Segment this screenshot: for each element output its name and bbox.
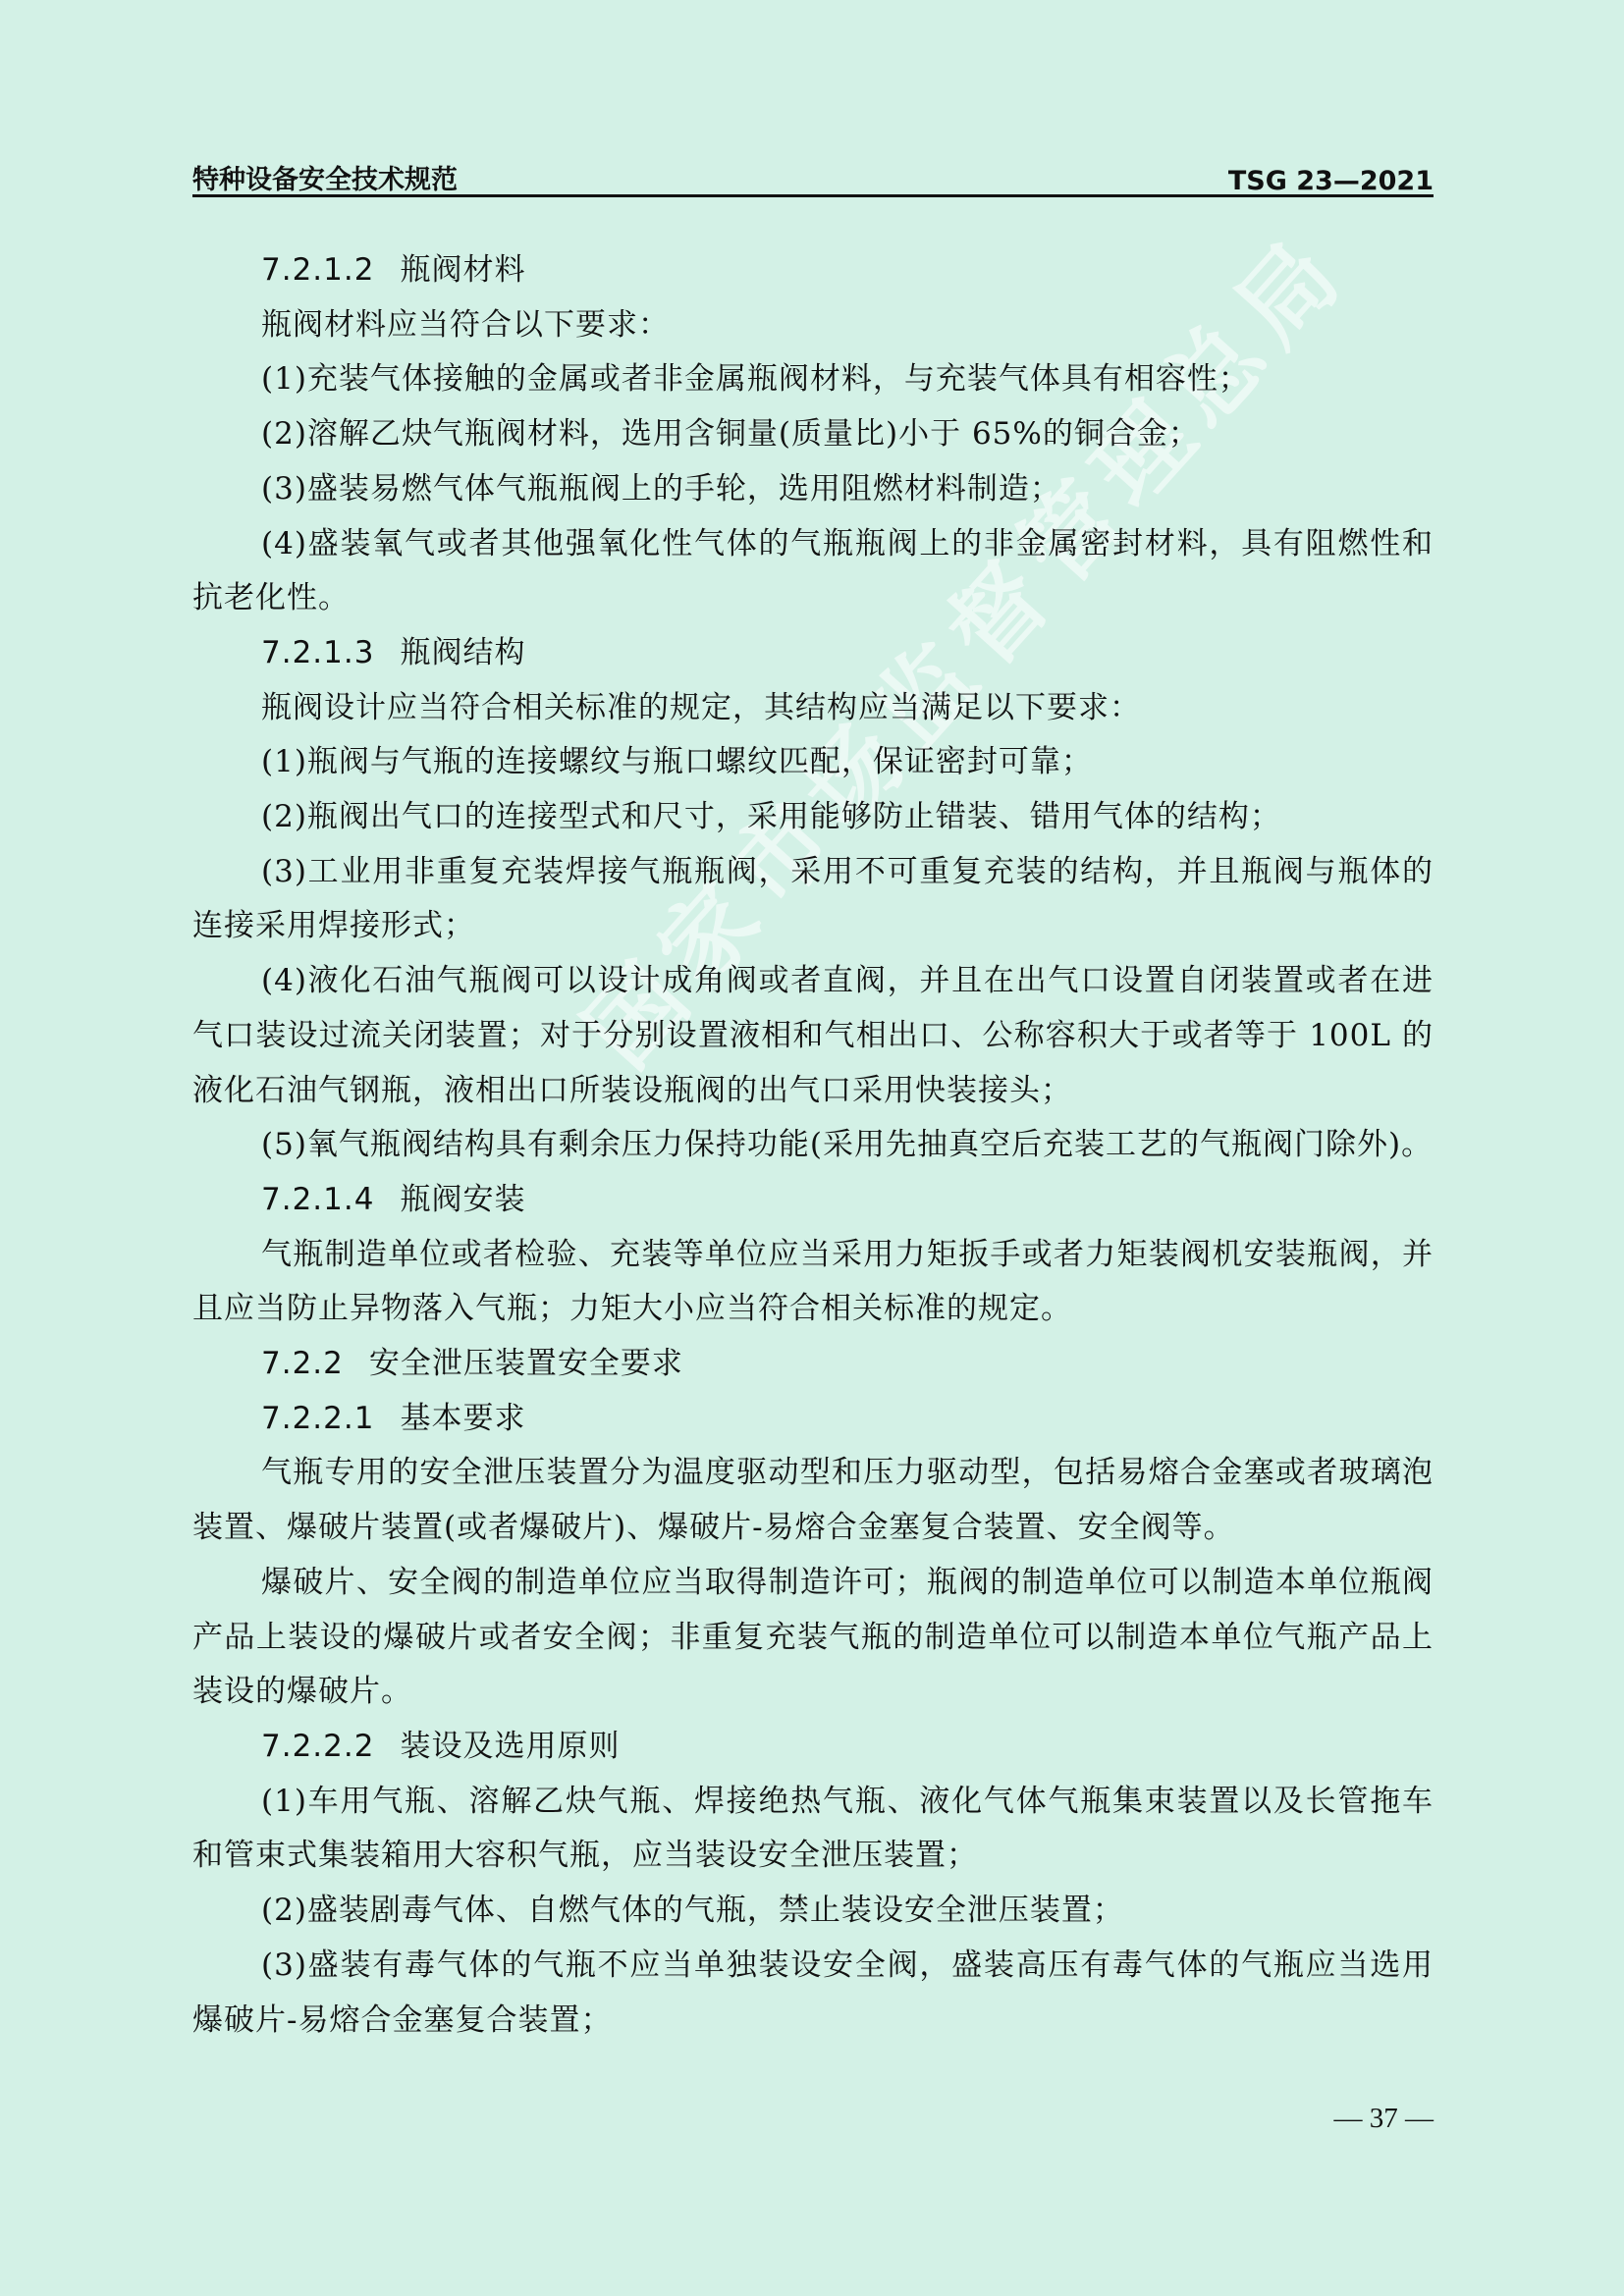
section-title: 瓶阀结构 [400,635,525,670]
paragraph: (5)氧气瓶阀结构具有剩余压力保持功能(采用先抽真空后充装工艺的气瓶阀门除外)。 [192,1118,1434,1173]
header-standard-code: TSG 23—2021 [1228,166,1434,196]
paragraph: 瓶阀材料应当符合以下要求： [192,298,1434,353]
document-body: 7.2.1.2瓶阀材料瓶阀材料应当符合以下要求：(1)充装气体接触的金属或者非金… [192,243,1434,2048]
paragraph: (3)盛装易燃气体气瓶瓶阀上的手轮，选用阻燃材料制造； [192,462,1434,517]
paragraph: (1)充装气体接触的金属或者非金属瓶阀材料，与充装气体具有相容性； [192,352,1434,407]
paragraph: 气瓶制造单位或者检验、充装等单位应当采用力矩扳手或者力矩装阀机安装瓶阀，并且应当… [192,1228,1434,1337]
paragraph: 瓶阀设计应当符合相关标准的规定，其结构应当满足以下要求： [192,681,1434,736]
section-title: 瓶阀安装 [400,1182,525,1217]
header-rule [192,194,1434,197]
page-number: — 37 — [1334,2103,1435,2135]
paragraph: (1)瓶阀与气瓶的连接螺纹与瓶口螺纹匹配，保证密封可靠； [192,735,1434,790]
section-number: 7.2.1.2 [261,252,374,288]
section-heading: 7.2.2.1基本要求 [192,1392,1434,1447]
paragraph: (3)盛装有毒气体的气瓶不应当单独装设安全阀，盛装高压有毒气体的气瓶应当选用爆破… [192,1939,1434,2048]
section-number: 7.2.2 [261,1346,344,1381]
paragraph: (4)液化石油气瓶阀可以设计成角阀或者直阀，并且在出气口设置自闭装置或者在进气口… [192,954,1434,1118]
section-title: 瓶阀材料 [400,252,525,288]
header-title: 特种设备安全技术规范 [192,158,458,196]
page-header: 特种设备安全技术规范 TSG 23—2021 [192,157,1434,196]
section-title: 装设及选用原则 [400,1729,620,1764]
paragraph: (2)溶解乙炔气瓶阀材料，选用含铜量(质量比)小于 65%的铜合金； [192,407,1434,462]
paragraph: 爆破片、安全阀的制造单位应当取得制造许可；瓶阀的制造单位可以制造本单位瓶阀产品上… [192,1556,1434,1720]
section-heading: 7.2.2.2装设及选用原则 [192,1720,1434,1775]
section-heading: 7.2.1.4瓶阀安装 [192,1173,1434,1228]
section-heading: 7.2.1.2瓶阀材料 [192,243,1434,298]
paragraph: (4)盛装氧气或者其他强氧化性气体的气瓶瓶阀上的非金属密封材料，具有阻燃性和抗老… [192,517,1434,626]
section-heading: 7.2.1.3瓶阀结构 [192,626,1434,681]
section-number: 7.2.2.2 [261,1729,374,1764]
section-title: 安全泄压装置安全要求 [369,1346,683,1381]
section-title: 基本要求 [400,1401,525,1436]
paragraph: (2)瓶阀出气口的连接型式和尺寸，采用能够防止错装、错用气体的结构； [192,790,1434,845]
paragraph: (1)车用气瓶、溶解乙炔气瓶、焊接绝热气瓶、液化气体气瓶集束装置以及长管拖车和管… [192,1775,1434,1884]
section-number: 7.2.2.1 [261,1401,374,1436]
section-heading: 7.2.2安全泄压装置安全要求 [192,1337,1434,1392]
paragraph: 气瓶专用的安全泄压装置分为温度驱动型和压力驱动型，包括易熔合金塞或者玻璃泡装置、… [192,1446,1434,1555]
section-number: 7.2.1.4 [261,1182,374,1217]
section-number: 7.2.1.3 [261,635,374,670]
paragraph: (3)工业用非重复充装焊接气瓶瓶阀，采用不可重复充装的结构，并且瓶阀与瓶体的连接… [192,845,1434,954]
paragraph: (2)盛装剧毒气体、自燃气体的气瓶，禁止装设安全泄压装置； [192,1884,1434,1939]
